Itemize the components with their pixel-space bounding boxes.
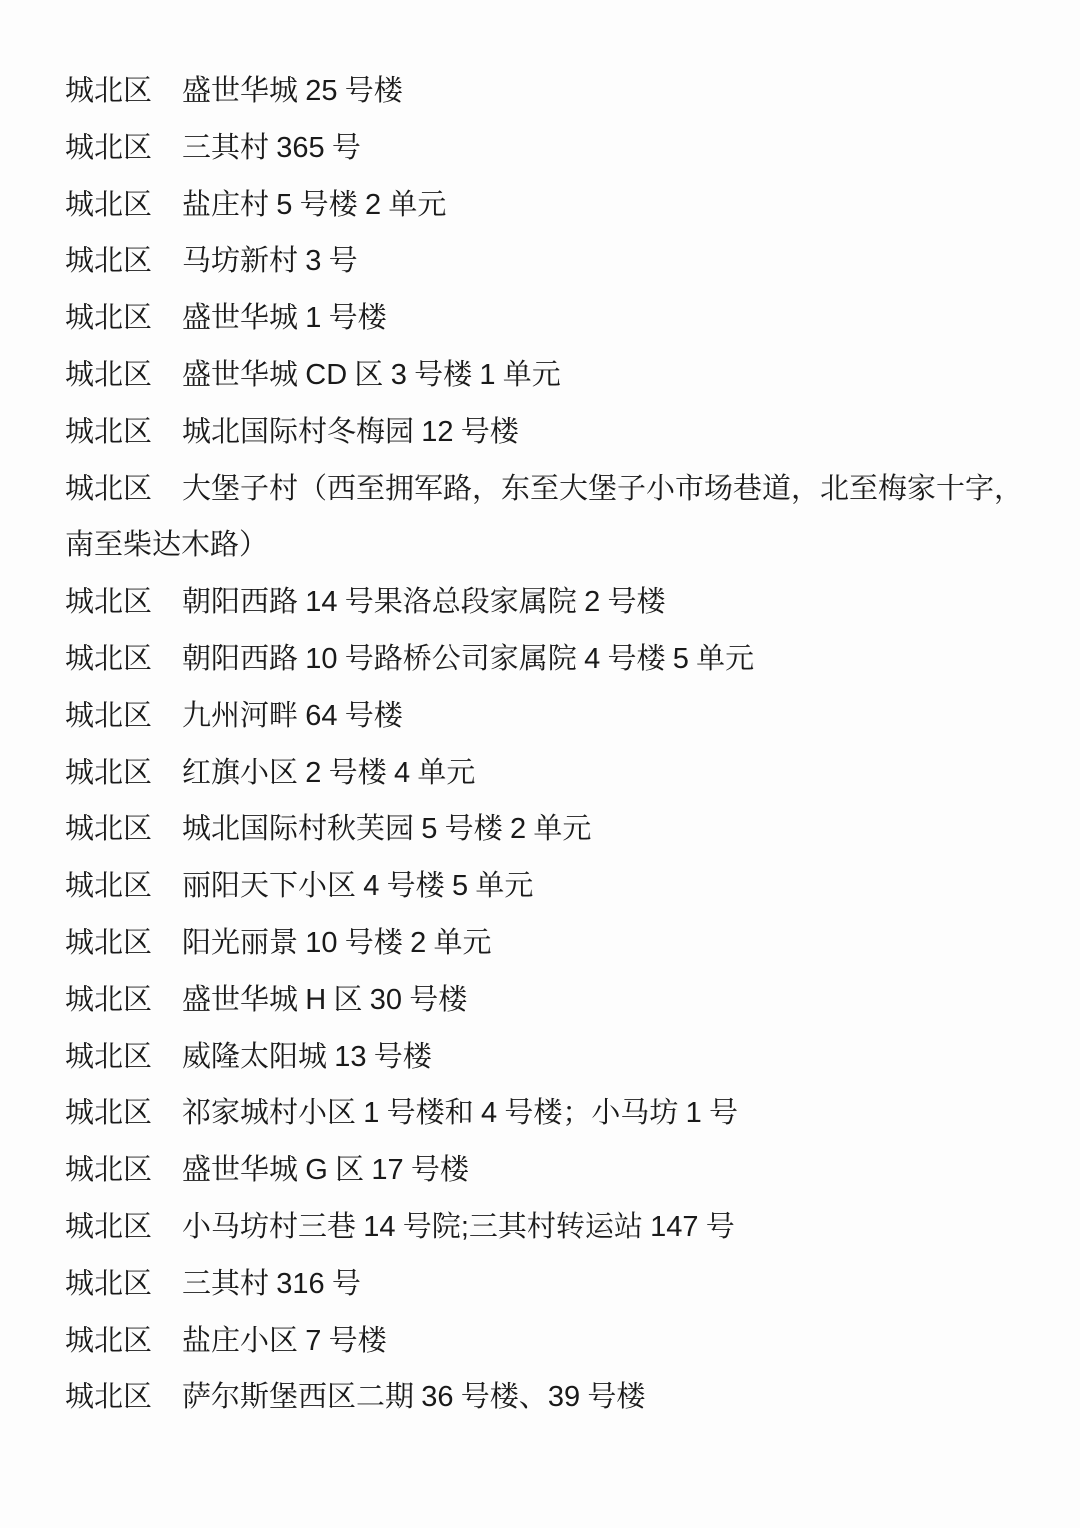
district-label: 城北区 xyxy=(65,927,152,959)
district-label: 城北区 xyxy=(65,473,152,505)
district-label: 城北区 xyxy=(65,757,152,789)
address-entry: 城北区城北国际村冬梅园 12 号楼 xyxy=(65,404,1040,461)
address-entry: 城北区红旗小区 2 号楼 4 单元 xyxy=(65,745,1040,802)
address-text: 大堡子村（西至拥军路，东至大堡子小市场巷道，北至梅家十字， xyxy=(182,473,1023,505)
district-label: 城北区 xyxy=(65,132,152,164)
address-text: 丽阳天下小区 4 号楼 5 单元 xyxy=(182,870,533,902)
address-text: 南至柴达木路） xyxy=(65,529,268,561)
district-label: 城北区 xyxy=(65,1041,152,1073)
address-text: 盛世华城 CD 区 3 号楼 1 单元 xyxy=(182,359,561,391)
district-label: 城北区 xyxy=(65,189,152,221)
address-entry: 城北区小马坊村三巷 14 号院;三其村转运站 147 号 xyxy=(65,1199,1040,1256)
address-entry: 城北区盛世华城 25 号楼 xyxy=(65,63,1040,120)
district-label: 城北区 xyxy=(65,586,152,618)
address-entry: 城北区盐庄村 5 号楼 2 单元 xyxy=(65,177,1040,234)
address-entry: 城北区马坊新村 3 号 xyxy=(65,233,1040,290)
district-label: 城北区 xyxy=(65,1381,152,1413)
address-text: 三其村 365 号 xyxy=(182,132,361,164)
address-entry: 城北区阳光丽景 10 号楼 2 单元 xyxy=(65,915,1040,972)
address-entry: 城北区朝阳西路 10 号路桥公司家属院 4 号楼 5 单元 xyxy=(65,631,1040,688)
address-entry: 城北区盛世华城 H 区 30 号楼 xyxy=(65,972,1040,1029)
address-text: 红旗小区 2 号楼 4 单元 xyxy=(182,757,475,789)
address-text: 朝阳西路 10 号路桥公司家属院 4 号楼 5 单元 xyxy=(182,643,754,675)
address-entry: 城北区朝阳西路 14 号果洛总段家属院 2 号楼 xyxy=(65,574,1040,631)
address-text: 九州河畔 64 号楼 xyxy=(182,700,403,732)
address-entry: 城北区盐庄小区 7 号楼 xyxy=(65,1313,1040,1370)
address-entry: 城北区盛世华城 G 区 17 号楼 xyxy=(65,1142,1040,1199)
district-label: 城北区 xyxy=(65,1268,152,1300)
district-label: 城北区 xyxy=(65,1211,152,1243)
address-entry: 城北区盛世华城 CD 区 3 号楼 1 单元 xyxy=(65,347,1040,404)
address-text: 朝阳西路 14 号果洛总段家属院 2 号楼 xyxy=(182,586,665,618)
address-text: 阳光丽景 10 号楼 2 单元 xyxy=(182,927,491,959)
district-label: 城北区 xyxy=(65,643,152,675)
district-label: 城北区 xyxy=(65,1154,152,1186)
district-label: 城北区 xyxy=(65,75,152,107)
address-list: 城北区盛世华城 25 号楼城北区三其村 365 号城北区盐庄村 5 号楼 2 单… xyxy=(65,63,1040,1426)
address-text: 盛世华城 G 区 17 号楼 xyxy=(182,1154,469,1186)
district-label: 城北区 xyxy=(65,700,152,732)
address-entry: 城北区盛世华城 1 号楼 xyxy=(65,290,1040,347)
address-entry: 城北区三其村 365 号 xyxy=(65,120,1040,177)
address-entry: 城北区三其村 316 号 xyxy=(65,1256,1040,1313)
address-text: 盛世华城 H 区 30 号楼 xyxy=(182,984,467,1016)
district-label: 城北区 xyxy=(65,870,152,902)
address-text: 萨尔斯堡西区二期 36 号楼、39 号楼 xyxy=(182,1381,645,1413)
address-entry: 城北区大堡子村（西至拥军路，东至大堡子小市场巷道，北至梅家十字， xyxy=(65,461,1040,518)
address-text: 盛世华城 25 号楼 xyxy=(182,75,403,107)
address-entry: 城北区城北国际村秋芙园 5 号楼 2 单元 xyxy=(65,801,1040,858)
address-text: 祁家城村小区 1 号楼和 4 号楼；小马坊 1 号 xyxy=(182,1097,738,1129)
district-label: 城北区 xyxy=(65,359,152,391)
address-text: 城北国际村秋芙园 5 号楼 2 单元 xyxy=(182,813,591,845)
address-entry-continuation: 南至柴达木路） xyxy=(65,517,1040,574)
district-label: 城北区 xyxy=(65,1325,152,1357)
address-entry: 城北区萨尔斯堡西区二期 36 号楼、39 号楼 xyxy=(65,1369,1040,1426)
address-text: 盛世华城 1 号楼 xyxy=(182,302,387,334)
address-text: 威隆太阳城 13 号楼 xyxy=(182,1041,432,1073)
document-page: 城北区盛世华城 25 号楼城北区三其村 365 号城北区盐庄村 5 号楼 2 单… xyxy=(0,0,1080,1528)
address-entry: 城北区威隆太阳城 13 号楼 xyxy=(65,1029,1040,1086)
address-text: 城北国际村冬梅园 12 号楼 xyxy=(182,416,519,448)
district-label: 城北区 xyxy=(65,813,152,845)
district-label: 城北区 xyxy=(65,1097,152,1129)
address-entry: 城北区丽阳天下小区 4 号楼 5 单元 xyxy=(65,858,1040,915)
address-text: 小马坊村三巷 14 号院;三其村转运站 147 号 xyxy=(182,1211,735,1243)
address-entry: 城北区九州河畔 64 号楼 xyxy=(65,688,1040,745)
district-label: 城北区 xyxy=(65,245,152,277)
district-label: 城北区 xyxy=(65,416,152,448)
district-label: 城北区 xyxy=(65,302,152,334)
district-label: 城北区 xyxy=(65,984,152,1016)
address-text: 马坊新村 3 号 xyxy=(182,245,358,277)
address-entry: 城北区祁家城村小区 1 号楼和 4 号楼；小马坊 1 号 xyxy=(65,1085,1040,1142)
address-text: 盐庄小区 7 号楼 xyxy=(182,1325,387,1357)
address-text: 盐庄村 5 号楼 2 单元 xyxy=(182,189,446,221)
address-text: 三其村 316 号 xyxy=(182,1268,361,1300)
